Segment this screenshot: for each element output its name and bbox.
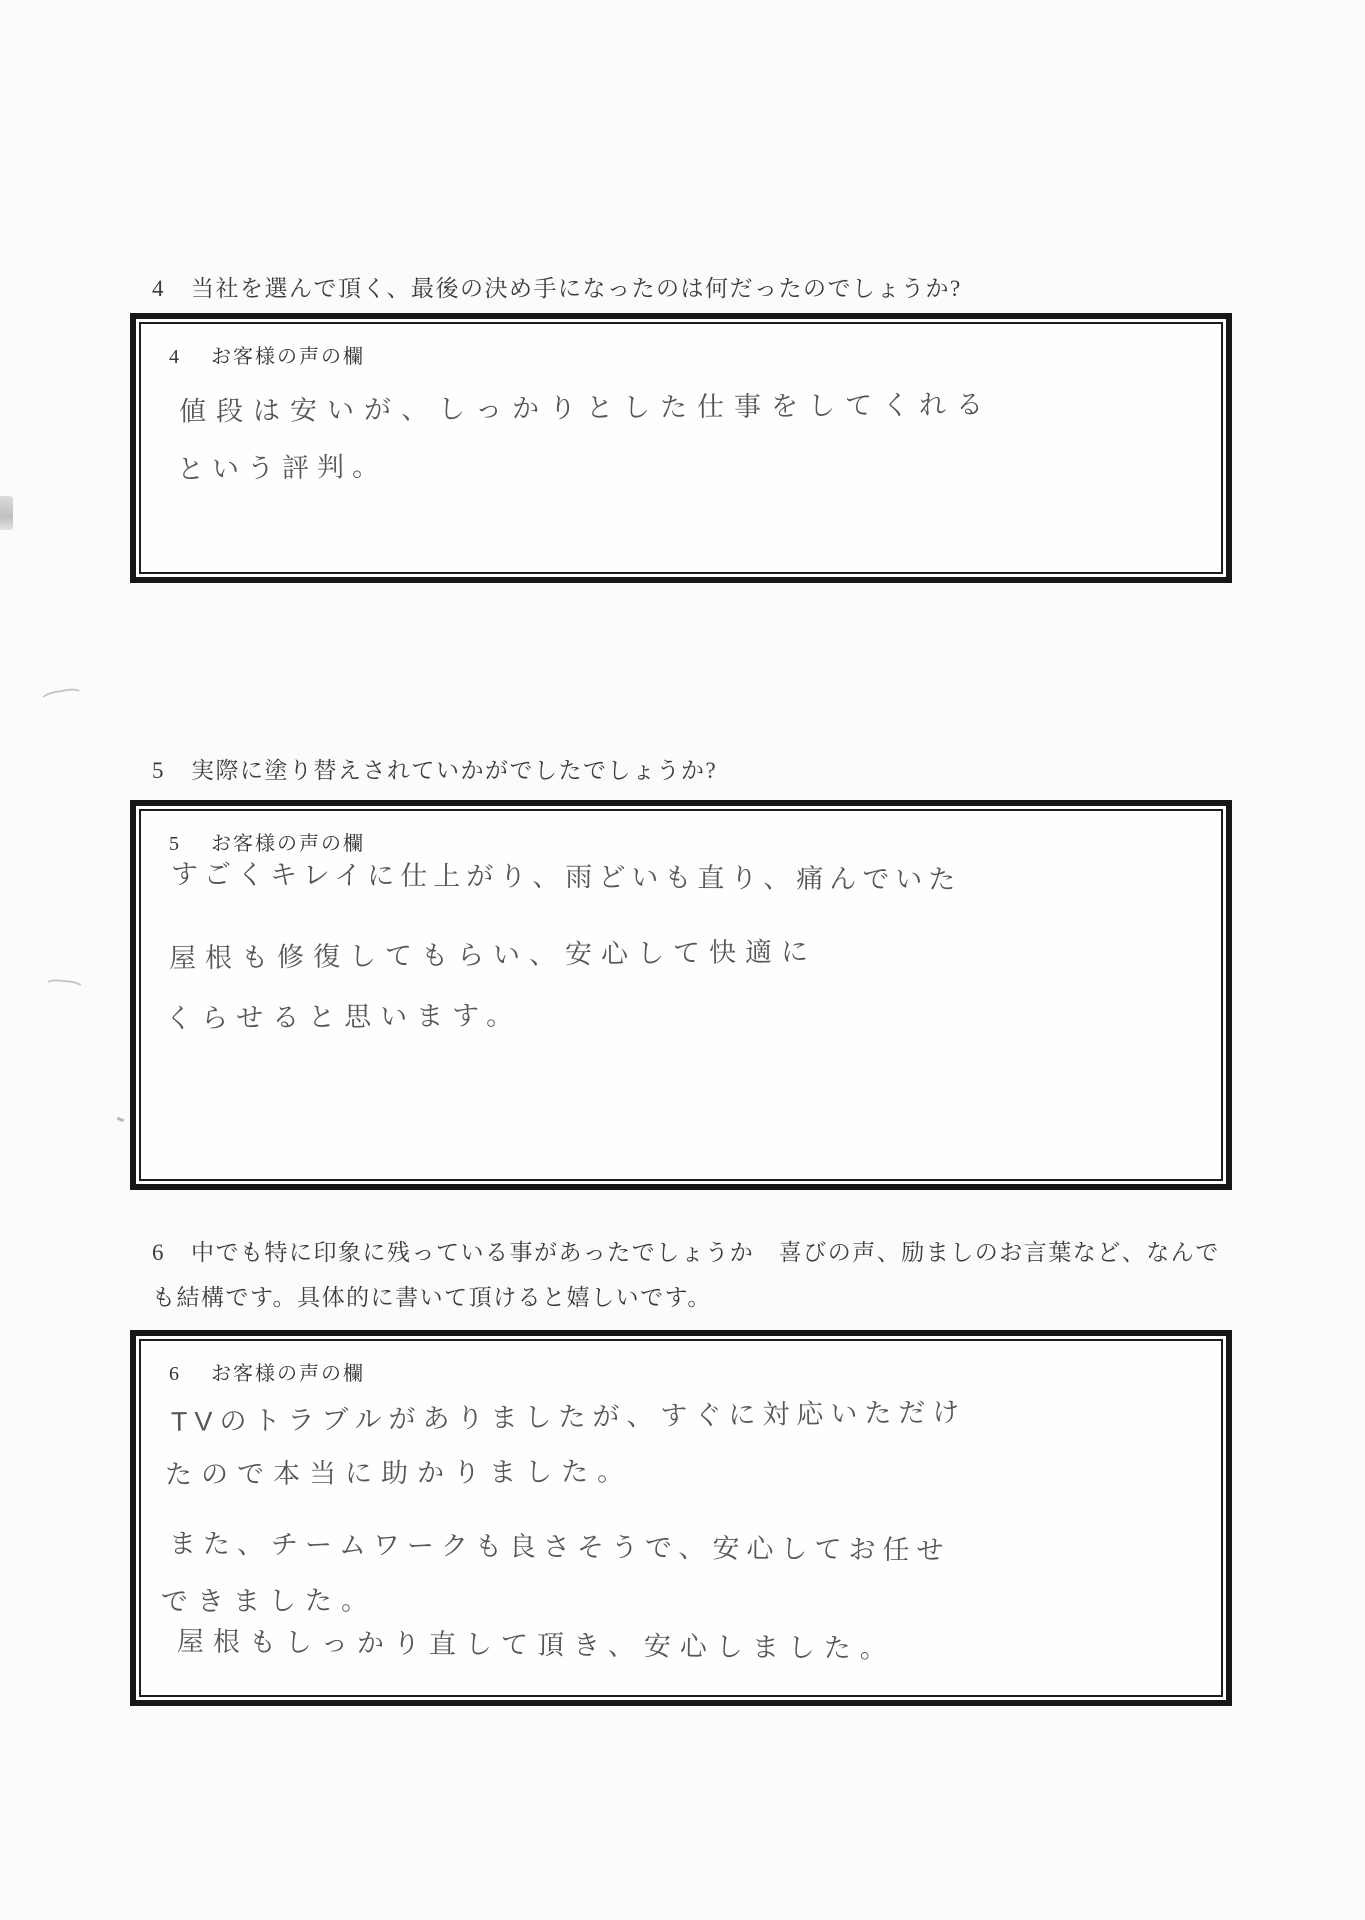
response-box-4: 4お客様の声の欄 値段は安いが、しっかりとした仕事をしてくれる という評判。 (130, 313, 1232, 583)
question-6-heading: 6中でも特に印象に残っている事があったでしょうか 喜びの声、励ましのお言葉など、… (152, 1230, 1242, 1320)
handwritten-line: くらせると思います。 (165, 993, 522, 1035)
box-4-number: 4 (169, 346, 181, 369)
response-box-6: 6お客様の声の欄 TVのトラブルがありましたが、すぐに対応いただけ たので本当に… (130, 1330, 1232, 1706)
handwritten-line: 屋根もしっかり直して頂き、安心しました。 (177, 1619, 896, 1666)
question-4-text: 当社を選んで頂く、最後の決め手になったのは何だったのでしょうか? (191, 276, 962, 301)
question-5-number: 5 (152, 748, 165, 793)
handwritten-line: TVのトラブルがありましたが、すぐに対応いただけ (171, 1390, 967, 1439)
handwritten-line: できました。 (161, 1578, 377, 1618)
handwritten-line: 値段は安いが、しっかりとした仕事をしてくれる (179, 382, 993, 428)
handwritten-line: また、チームワークも良さそうで、安心してお任せ (169, 1522, 951, 1568)
question-4-number: 4 (152, 266, 165, 311)
question-6-number: 6 (152, 1230, 165, 1275)
handwritten-line: たので本当に助かりました。 (165, 1449, 633, 1491)
scan-artifact-mark (117, 1117, 125, 1123)
handwritten-line: 屋根も修復してもらい、安心して快適に (169, 930, 817, 976)
response-box-6-inner: 6お客様の声の欄 TVのトラブルがありましたが、すぐに対応いただけ たので本当に… (139, 1339, 1223, 1697)
handwritten-line: という評判。 (177, 445, 388, 487)
handwritten-line: すごくキレイに仕上がり、雨どいも直り、痛んでいた (171, 852, 962, 897)
response-box-6-label: 6お客様の声の欄 (169, 1357, 365, 1386)
question-5-heading: 5実際に塗り替えされていかがでしたでしょうか? (152, 748, 717, 793)
question-5-text: 実際に塗り替えされていかがでしたでしょうか? (191, 758, 717, 783)
question-4-heading: 4当社を選んで頂く、最後の決め手になったのは何だったのでしょうか? (152, 266, 962, 311)
box-4-label-text: お客様の声の欄 (211, 346, 365, 368)
scan-artifact-edge-streak (0, 496, 13, 530)
box-6-number: 6 (169, 1363, 181, 1386)
response-box-4-label: 4お客様の声の欄 (169, 340, 365, 369)
box-6-label-text: お客様の声の欄 (211, 1363, 365, 1385)
response-box-4-inner: 4お客様の声の欄 値段は安いが、しっかりとした仕事をしてくれる という評判。 (139, 322, 1223, 574)
scan-artifact-pencil-arc (43, 978, 84, 997)
scan-artifact-pencil-arc (39, 686, 85, 709)
response-box-5: 5お客様の声の欄 すごくキレイに仕上がり、雨どいも直り、痛んでいた 屋根も修復し… (130, 800, 1232, 1190)
response-box-5-inner: 5お客様の声の欄 すごくキレイに仕上がり、雨どいも直り、痛んでいた 屋根も修復し… (139, 809, 1223, 1181)
question-6-text: 中でも特に印象に残っている事があったでしょうか 喜びの声、励ましのお言葉など、な… (152, 1240, 1220, 1310)
